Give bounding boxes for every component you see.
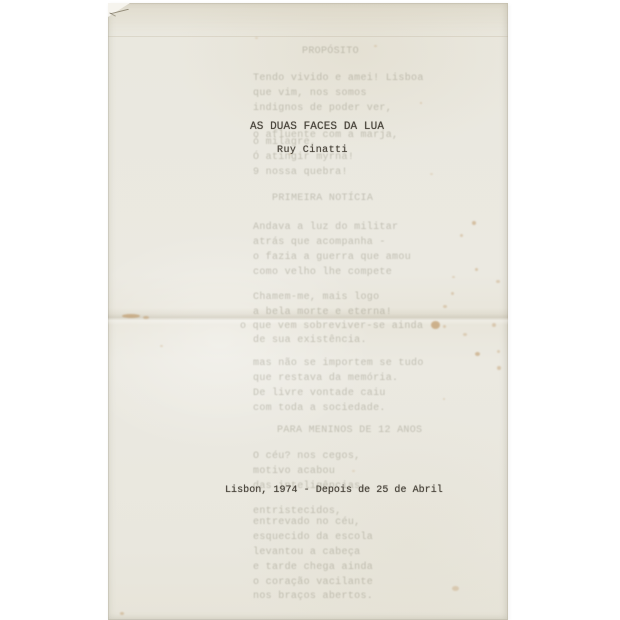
foxing-spot — [352, 470, 355, 472]
foxing-spot — [289, 153, 291, 155]
foxing-spot — [496, 280, 500, 283]
foxing-spot — [431, 321, 440, 329]
foxing-spot — [452, 586, 459, 591]
foxing-spot — [443, 305, 447, 308]
foxing-spot — [374, 45, 377, 47]
foxing-spot — [160, 345, 163, 347]
foxing-spot — [443, 325, 446, 328]
foxing-spot — [122, 314, 140, 318]
foxing-spot — [120, 612, 124, 615]
foxing-spot — [255, 37, 258, 39]
foxing-spot — [420, 102, 422, 104]
foxing-spot — [460, 234, 463, 237]
foxing-spot — [497, 350, 500, 353]
foxing-spots-layer — [0, 0, 620, 620]
foxing-spot — [475, 268, 478, 271]
foxing-spot — [452, 276, 455, 278]
foxing-spot — [472, 221, 476, 225]
foxing-spot — [430, 173, 433, 175]
foxing-spot — [143, 316, 149, 319]
scanned-page-photo: PROPÓSITOTendo vivido e amei! Lisboaque … — [0, 0, 620, 620]
foxing-spot — [497, 366, 501, 370]
foxing-spot — [492, 323, 496, 327]
foxing-spot — [451, 292, 454, 295]
foxing-spot — [443, 398, 445, 400]
foxing-spot — [475, 352, 480, 356]
foxing-spot — [463, 333, 467, 336]
